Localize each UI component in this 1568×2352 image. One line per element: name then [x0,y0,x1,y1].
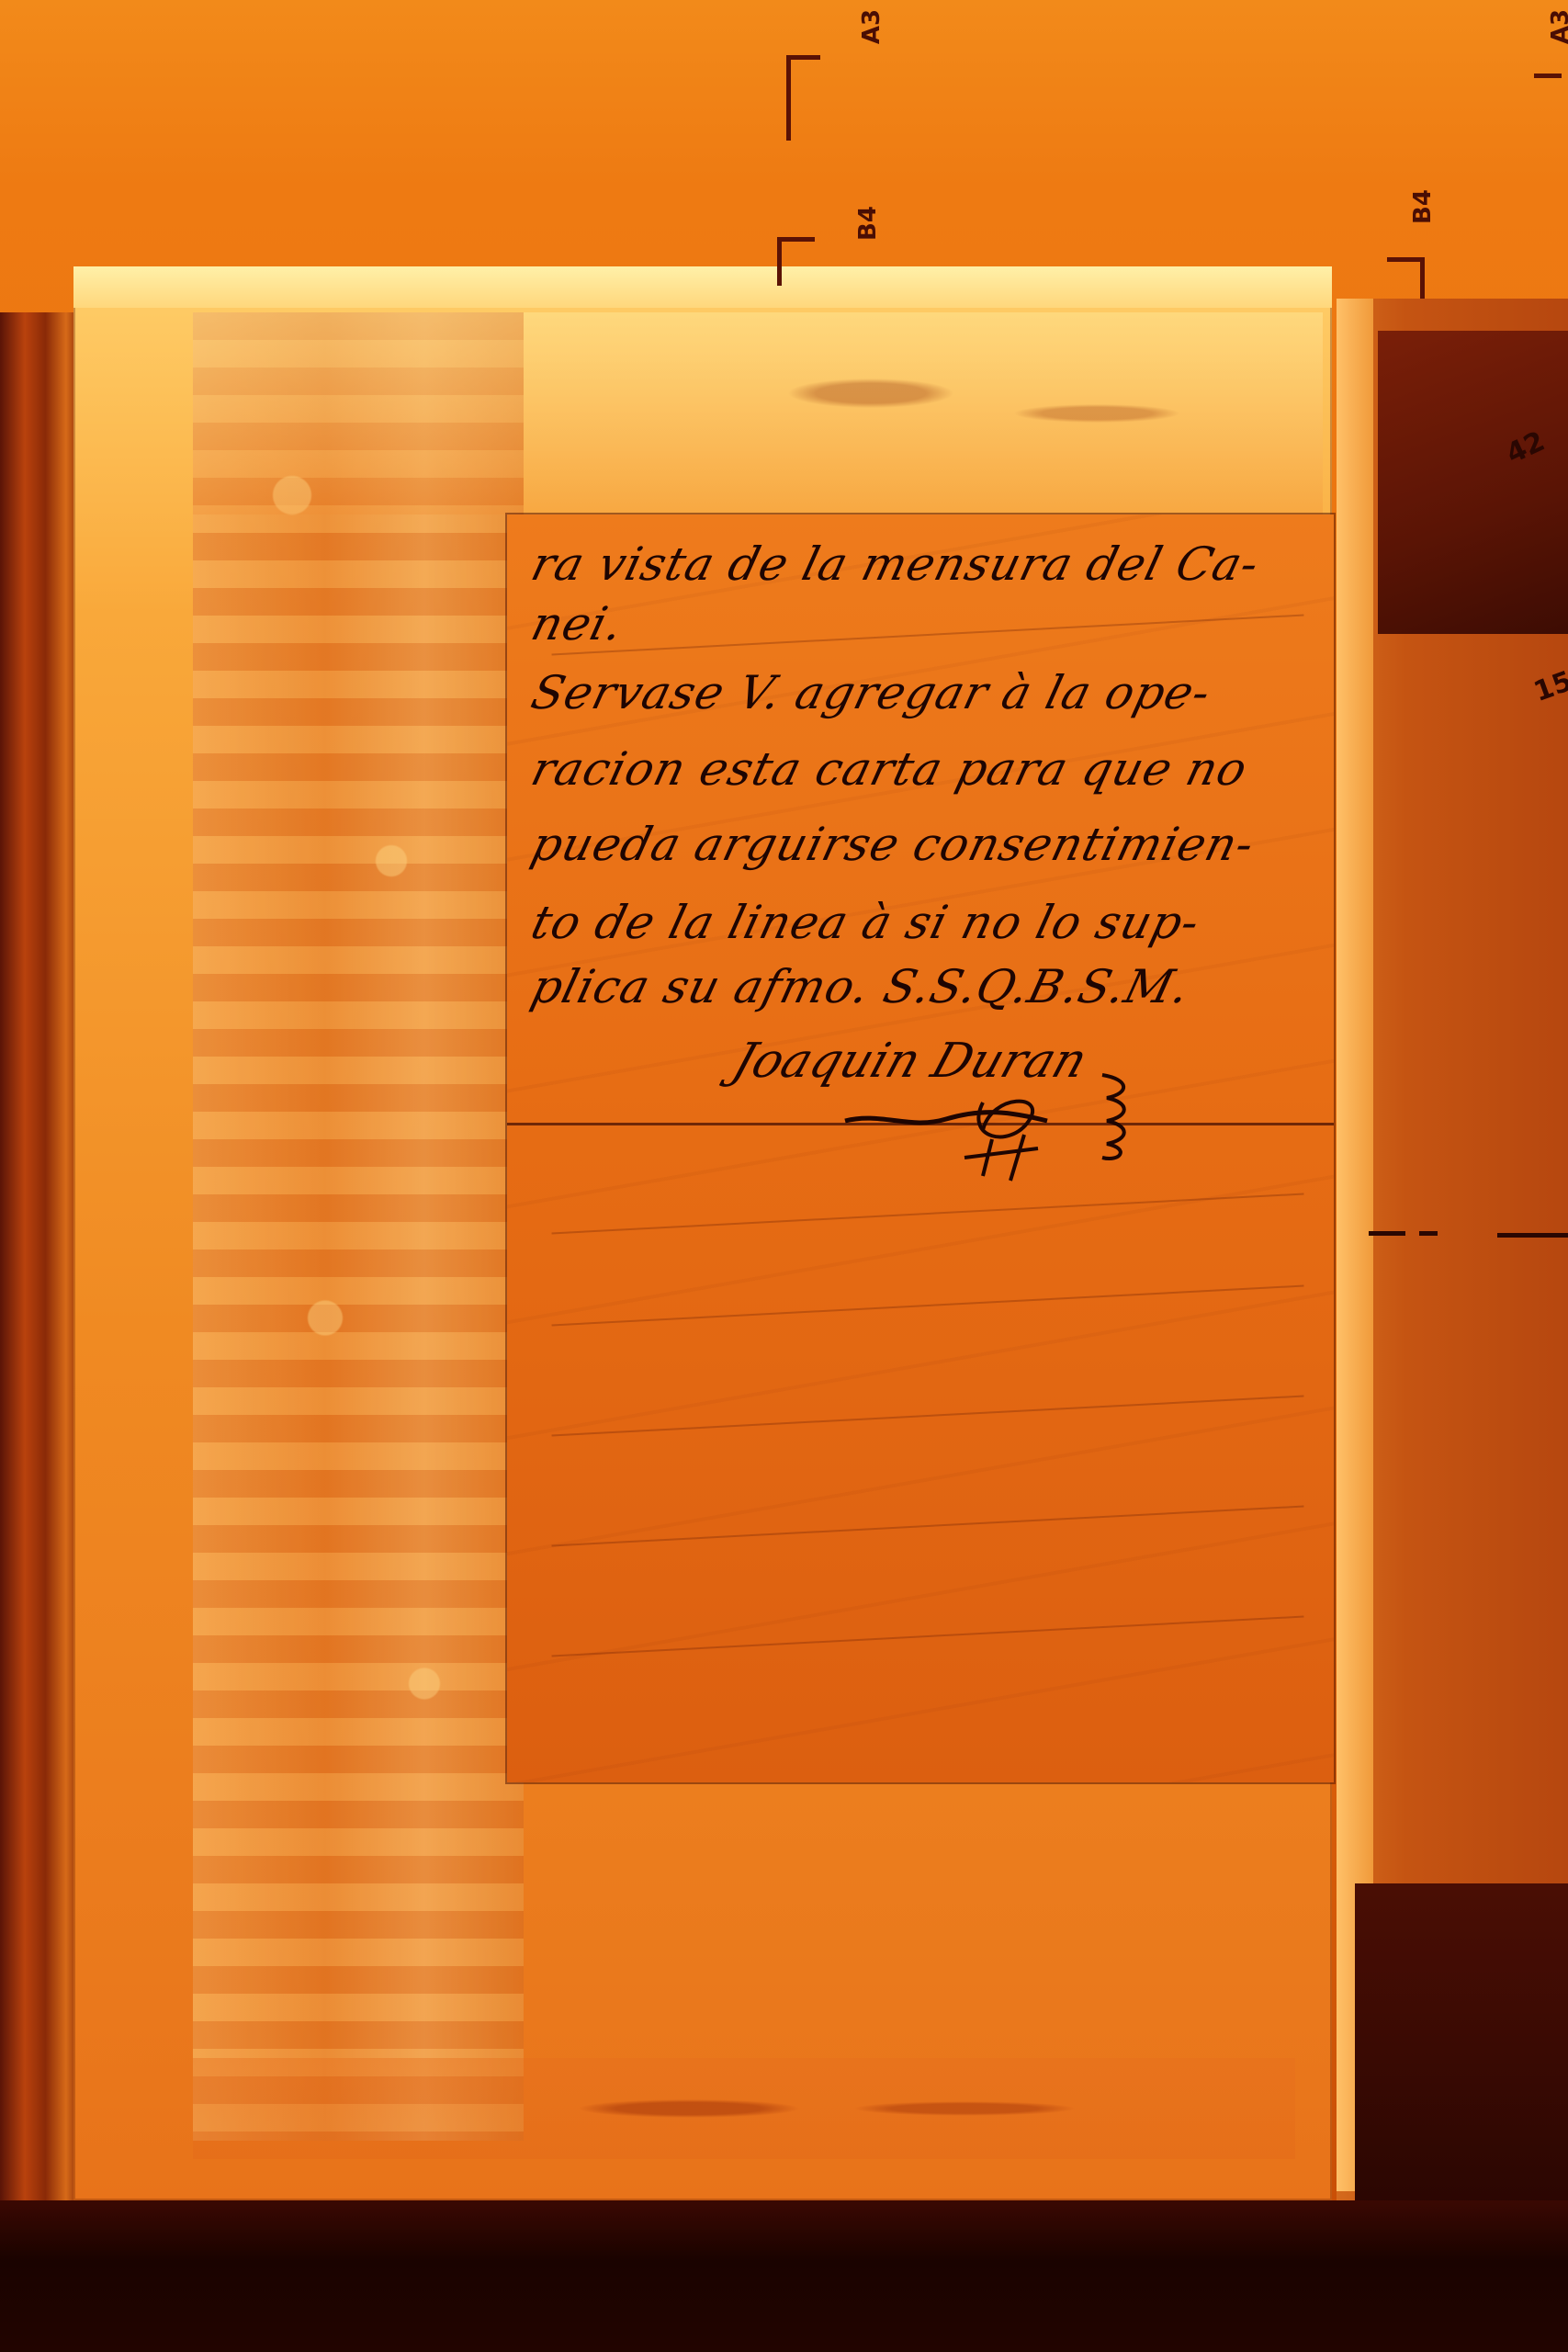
crop-mark-a3-right [1534,73,1562,83]
mount-top-edge [73,266,1332,308]
ruler-label-a3-left: A3 [858,9,886,44]
letter-line-5: pueda arguirse consentimien- [526,818,1260,871]
ruler-label-a3-right: A3 [1547,9,1568,44]
letter-line-6: to de la linea à si no lo sup- [526,896,1205,949]
separator-dash [1369,1231,1405,1236]
letter-line-7: plica su afmo. S.S.Q.B.S.M. [526,960,1196,1013]
letter-line-4: racion esta carta para que no [526,742,1253,796]
tape-residue-bottom [193,2058,1295,2159]
crop-mark-a3-left [786,55,820,141]
letter-line-3: Servase V. agregar à la ope- [526,666,1216,719]
ruler-label-b4-right: B4 [1409,189,1437,224]
separator-dash [1497,1233,1568,1238]
adjacent-folio-shadow [1355,1883,1568,2214]
letter-line-2: nei. [526,597,629,650]
letter-line-1: ra vista de la mensura del Ca- [526,537,1265,591]
signature-rubric-icon [827,1057,1176,1185]
separator-dash [1419,1231,1438,1236]
tape-residue-top [193,312,1323,514]
bottom-shadow [0,2200,1568,2352]
adjacent-folio-stain [1378,331,1568,634]
book-binding [0,312,83,2205]
ruler-label-b4-left: B4 [854,206,882,241]
crop-mark-b4-left [777,237,815,286]
tape-residue-left [193,312,524,2141]
